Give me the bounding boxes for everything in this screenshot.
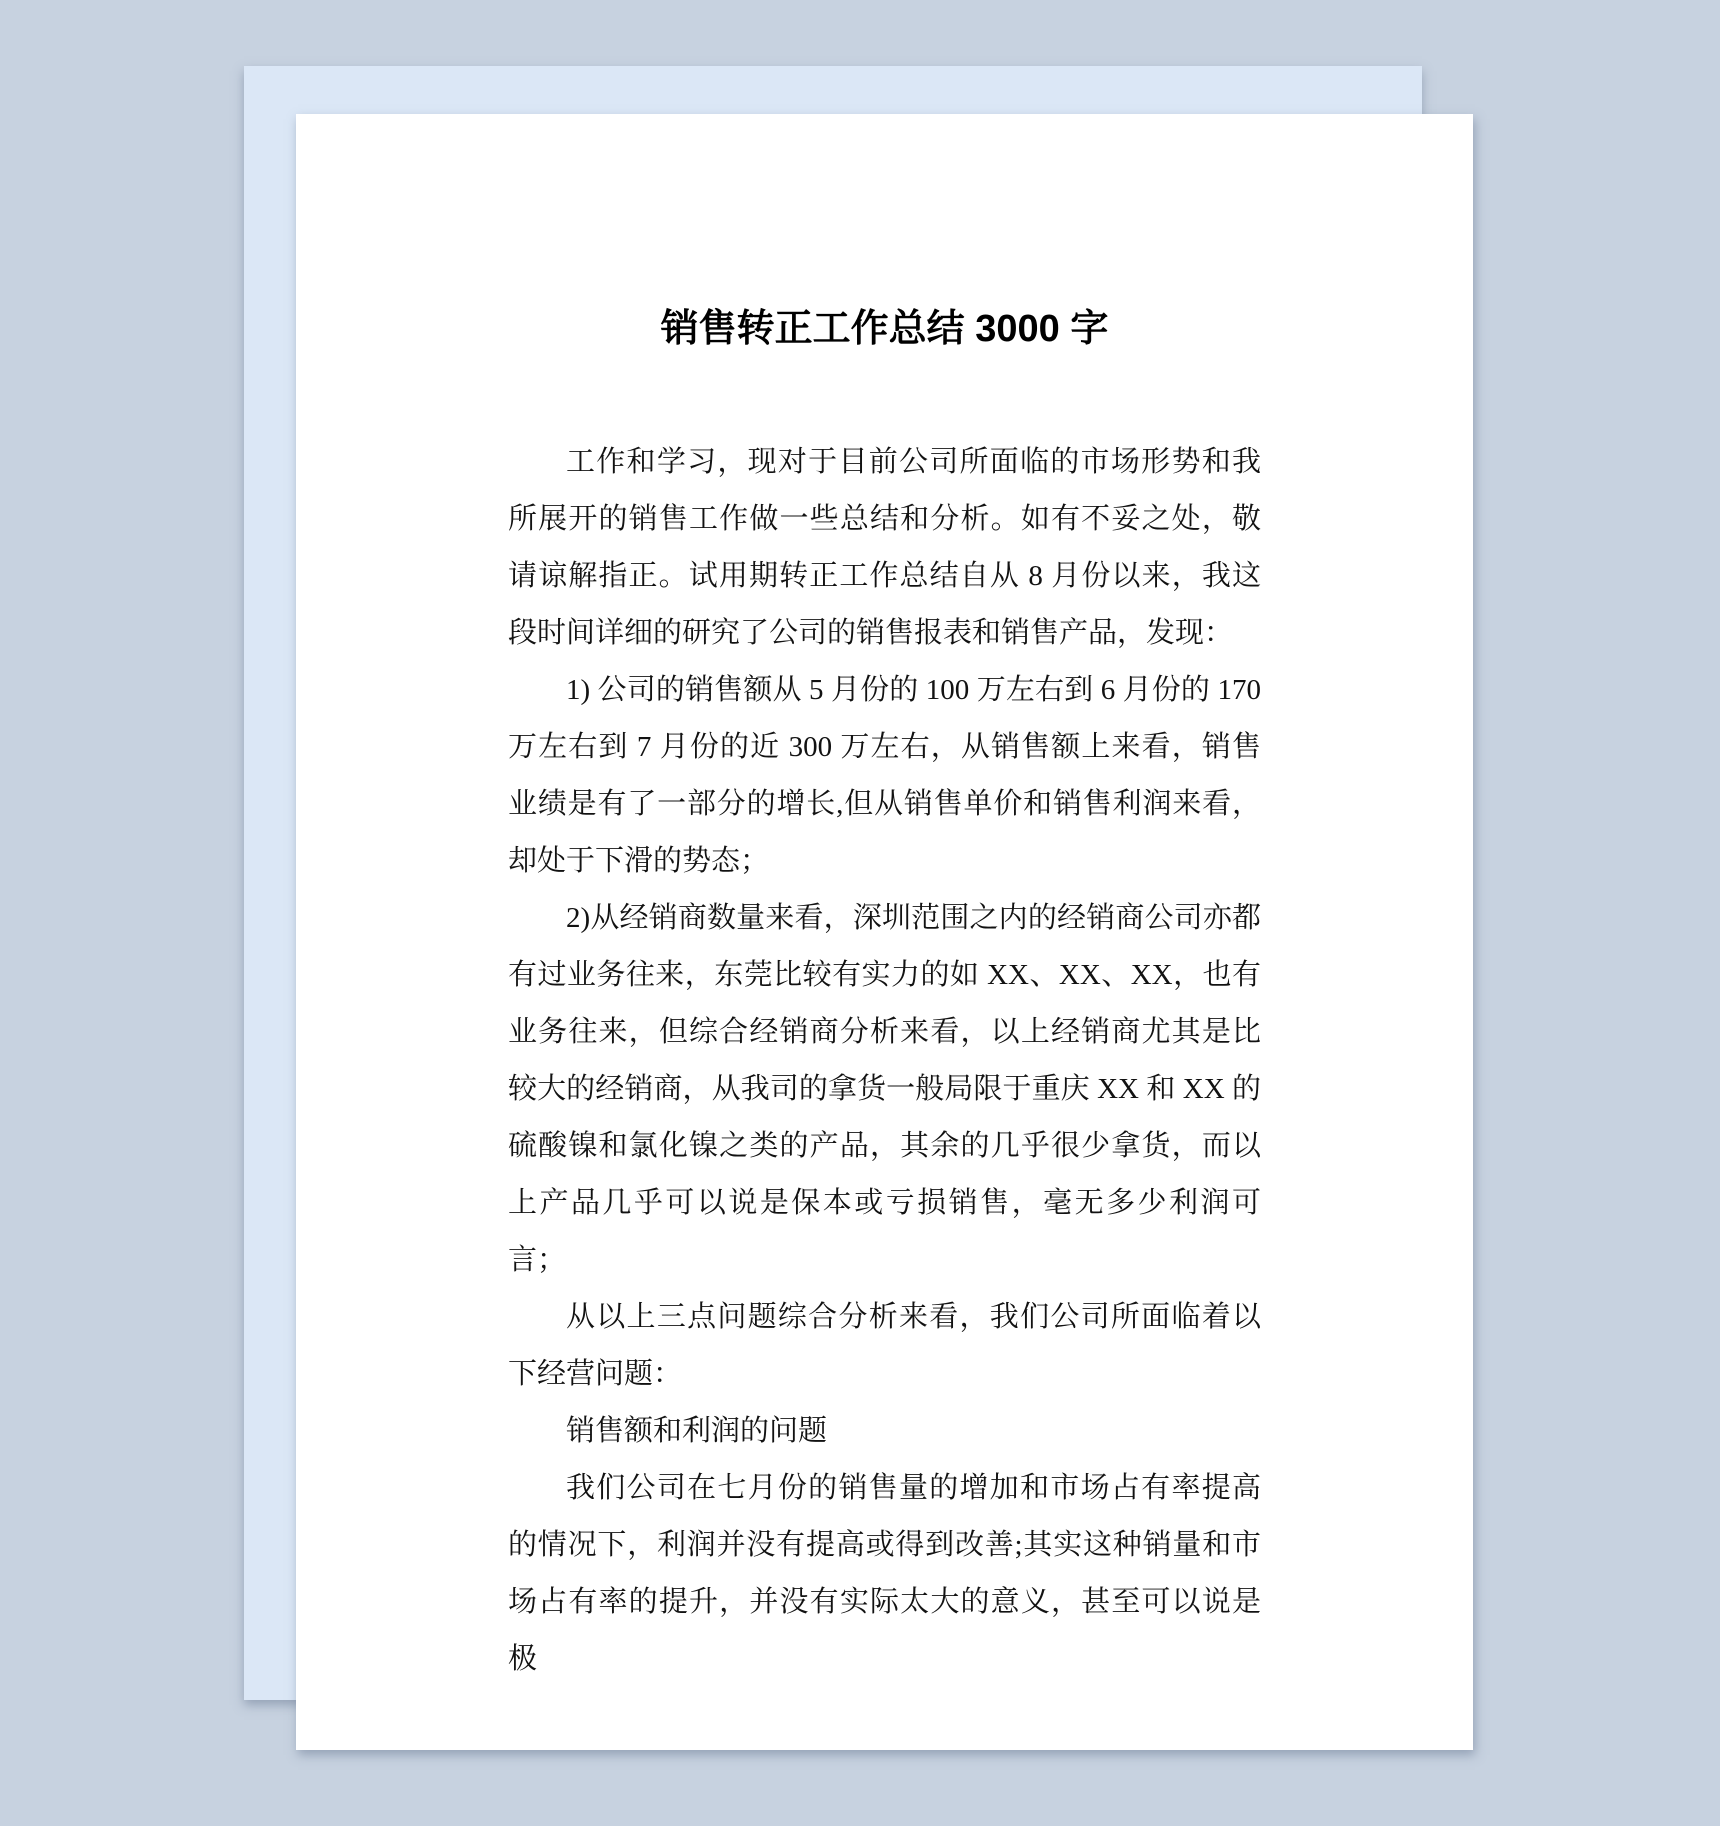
document-page: 销售转正工作总结 3000 字 工作和学习，现对于目前公司所面临的市场形势和我所… (296, 114, 1473, 1750)
document-paragraph: 1) 公司的销售额从 5 月份的 100 万左右到 6 月份的 170 万左右到… (508, 662, 1261, 890)
document-paragraph: 2)从经销商数量来看，深圳范围之内的经销商公司亦都有过业务往来，东莞比较有实力的… (508, 890, 1261, 1289)
document-paragraph: 销售额和利润的问题 (508, 1403, 1261, 1460)
document-paragraph: 工作和学习，现对于目前公司所面临的市场形势和我所展开的销售工作做一些总结和分析。… (508, 434, 1261, 662)
document-title: 销售转正工作总结 3000 字 (508, 310, 1261, 348)
document-paragraph: 从以上三点问题综合分析来看，我们公司所面临着以下经营问题： (508, 1289, 1261, 1403)
document-preview-canvas: 销售转正工作总结 3000 字 工作和学习，现对于目前公司所面临的市场形势和我所… (0, 0, 1720, 1826)
document-body: 工作和学习，现对于目前公司所面临的市场形势和我所展开的销售工作做一些总结和分析。… (508, 434, 1261, 1688)
document-paragraph: 我们公司在七月份的销售量的增加和市场占有率提高的情况下，利润并没有提高或得到改善… (508, 1460, 1261, 1688)
